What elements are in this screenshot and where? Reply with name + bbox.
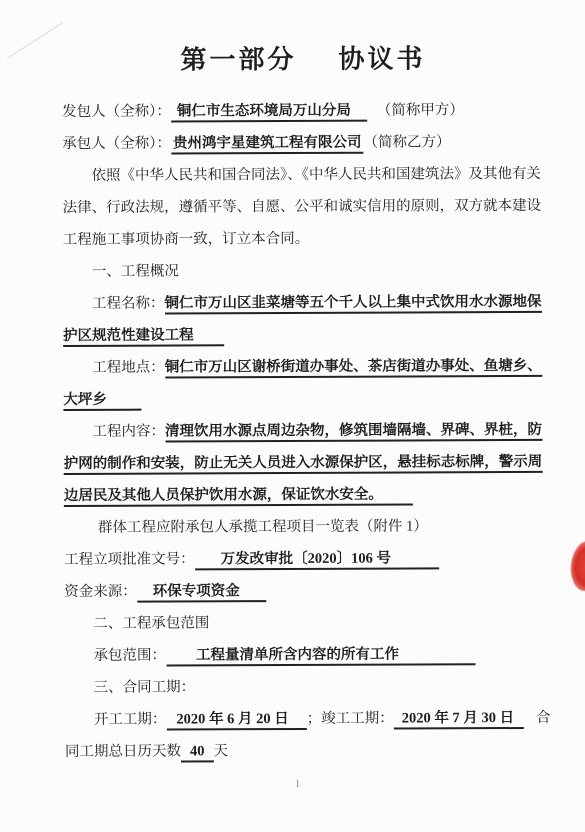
duration-prefix: 同工期总日历天数 bbox=[65, 743, 181, 760]
approval-number-line: 工程立项批准文号：万发改审批〔2020〕106 号 bbox=[64, 542, 546, 576]
funding-source-label: 资金来源： bbox=[64, 584, 137, 600]
document-content: 第一部分协议书 发包人（全称）：铜仁市生态环境局万山分局（简称甲方） 承包人（全… bbox=[0, 0, 585, 768]
preamble-line-1: 依照《中华人民共和国合同法》、《中华人民共和国建筑法》及其他有关 bbox=[62, 158, 544, 192]
duration-unit: 天 bbox=[213, 743, 228, 759]
project-content-line-3: 边居民及其他人员保护饮用水源，保证饮水安全。 bbox=[64, 478, 546, 512]
section3-heading: 三、合同工期： bbox=[65, 670, 547, 704]
start-date-value: 2020 年 6 月 20 日 bbox=[166, 711, 306, 731]
funding-source-value: 环保专项资金 bbox=[137, 583, 266, 603]
project-content-label: 工程内容： bbox=[93, 424, 166, 440]
project-name-line-1: 工程名称：铜仁市万山区韭菜塘等五个千人以上集中式饮用水水源地保 bbox=[63, 286, 545, 320]
completion-date-label: ；竣工工期： bbox=[307, 711, 394, 727]
project-location-line-1: 工程地点：铜仁市万山区谢桥街道办事处、茶店街道办事处、鱼塘乡、 bbox=[63, 350, 545, 384]
duration-wrap-char: 合 bbox=[536, 710, 551, 726]
contractor-label: 承包人（全称）： bbox=[62, 136, 171, 152]
page-number: 1 bbox=[0, 778, 585, 790]
project-content-value-3: 边居民及其他人员保护饮用水源，保证饮水安全。 bbox=[64, 486, 413, 507]
contract-scope-label: 承包范围： bbox=[93, 648, 166, 664]
document-title: 第一部分协议书 bbox=[62, 41, 544, 79]
contract-duration-line: 同工期总日历天数40天 bbox=[65, 734, 547, 768]
project-name-line-2: 护区规范性建设工程 bbox=[63, 318, 545, 352]
funding-source-line: 资金来源：环保专项资金 bbox=[64, 574, 546, 608]
start-date-label: 开工工期： bbox=[94, 712, 167, 728]
project-name-value-2: 护区规范性建设工程 bbox=[63, 327, 224, 347]
section2-heading: 二、工程承包范围 bbox=[64, 606, 546, 640]
project-content-value-1: 清理饮用水源点周边杂物，修筑围墙隔墙、界碑、界桩，防 bbox=[165, 422, 542, 443]
preamble-line-2: 法律、行政法规，遵循平等、自愿、公平和诚实信用的原则，双方就本建设 bbox=[62, 190, 544, 224]
employer-line: 发包人（全称）：铜仁市生态环境局万山分局（简称甲方） bbox=[62, 94, 544, 128]
title-part-number: 第一部分 bbox=[180, 45, 296, 75]
project-location-label: 工程地点： bbox=[92, 360, 165, 376]
employer-alias: （简称甲方） bbox=[377, 102, 464, 118]
approval-number-label: 工程立项批准文号： bbox=[64, 551, 195, 568]
approval-number-value: 万发改审批〔2020〕106 号 bbox=[195, 550, 439, 570]
contractor-name-underlined: 贵州鸿宇星建筑工程有限公司 bbox=[171, 135, 364, 155]
project-name-label: 工程名称： bbox=[92, 296, 165, 312]
completion-date-value: 2020 年 7 月 30 日 bbox=[394, 710, 524, 730]
project-content-line-1: 工程内容：清理饮用水源点周边杂物，修筑围墙隔墙、界碑、界桩，防 bbox=[63, 414, 545, 448]
contractor-line: 承包人（全称）：贵州鸿宇星建筑工程有限公司（简称乙方） bbox=[62, 126, 544, 160]
preamble-line-3: 工程施工事项协商一致，订立本合同。 bbox=[63, 222, 545, 256]
contract-dates-line: 开工工期：2020 年 6 月 20 日；竣工工期：2020 年 7 月 30 … bbox=[65, 702, 547, 736]
contractor-alias: （简称乙方） bbox=[363, 134, 450, 150]
employer-name-underlined: 铜仁市生态环境局万山分局 bbox=[171, 103, 367, 123]
contract-scope-value: 工程量清单所含内容的所有工作 bbox=[166, 646, 475, 666]
title-agreement: 协议书 bbox=[338, 44, 425, 73]
group-project-note: 群体工程应附承包人承揽工程项目一览表（附件 1） bbox=[64, 510, 546, 544]
project-location-line-2: 大坪乡 bbox=[63, 382, 545, 416]
contract-scope-line: 承包范围：工程量清单所含内容的所有工作 bbox=[64, 638, 546, 672]
project-name-value-1: 铜仁市万山区韭菜塘等五个千人以上集中式饮用水水源地保 bbox=[164, 294, 541, 315]
section1-heading: 一、工程概况 bbox=[63, 254, 545, 288]
project-content-line-2: 护网的制作和安装，防止无关人员进入水源保护区，悬挂标志标牌，警示周 bbox=[64, 446, 546, 480]
employer-label: 发包人（全称）： bbox=[62, 104, 171, 120]
project-content-value-2: 护网的制作和安装，防止无关人员进入水源保护区，悬挂标志标牌，警示周 bbox=[64, 454, 543, 475]
project-location-value-2: 大坪乡 bbox=[63, 392, 141, 411]
scanned-contract-page: 第一部分协议书 发包人（全称）：铜仁市生态环境局万山分局（简称甲方） 承包人（全… bbox=[0, 0, 585, 832]
duration-days-value: 40 bbox=[181, 743, 214, 762]
project-location-value-1: 铜仁市万山区谢桥街道办事处、茶店街道办事处、鱼塘乡、 bbox=[165, 358, 542, 379]
